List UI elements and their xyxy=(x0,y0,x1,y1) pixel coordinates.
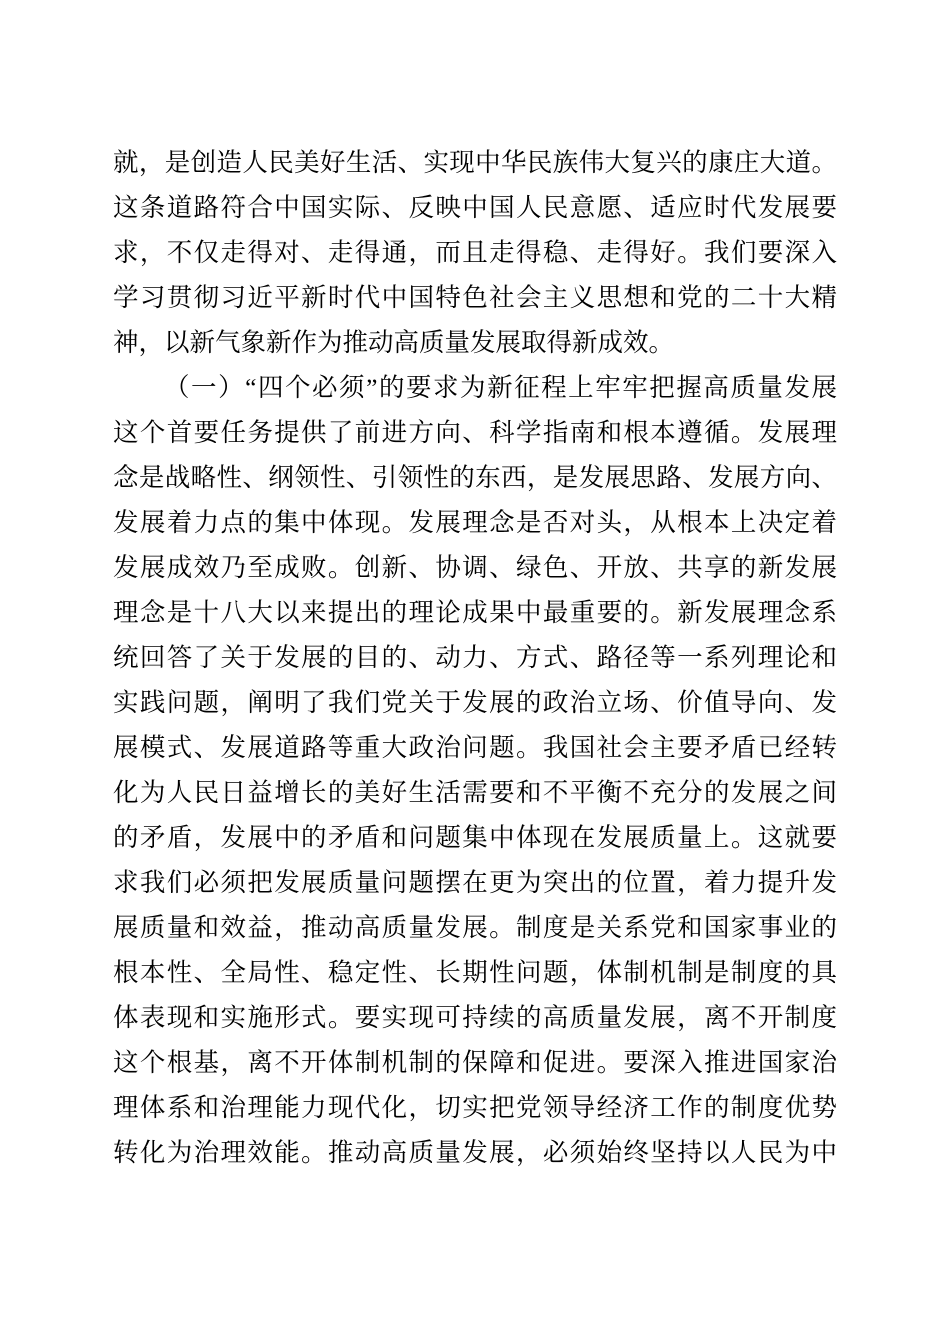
paragraph-section-one-four-musts: （一）“四个必须”的要求为新征程上牢牢把握高质量发展这个首要任务提供了前进方向、… xyxy=(113,365,837,1175)
text-line: 展质量和效益，推动高质量发展。制度是关系党和国家事业的 xyxy=(113,905,837,950)
text-line: 学习贯彻习近平新时代中国特色社会主义思想和党的二十大精 xyxy=(113,275,837,320)
text-line: 体表现和实施形式。要实现可持续的高质量发展，离不开制度 xyxy=(113,995,837,1040)
text-line: 化为人民日益增长的美好生活需要和不平衡不充分的发展之间 xyxy=(113,770,837,815)
text-line: 理念是十八大以来提出的理论成果中最重要的。新发展理念系 xyxy=(113,590,837,635)
text-line: 这个根基，离不开体制机制的保障和促进。要深入推进国家治 xyxy=(113,1040,837,1085)
text-line: （一）“四个必须”的要求为新征程上牢牢把握高质量发展 xyxy=(113,365,837,410)
text-line: 这个首要任务提供了前进方向、科学指南和根本遵循。发展理 xyxy=(113,410,837,455)
text-line: 展模式、发展道路等重大政治问题。我国社会主要矛盾已经转 xyxy=(113,725,837,770)
text-line: 转化为治理效能。推动高质量发展，必须始终坚持以人民为中 xyxy=(113,1130,837,1175)
text-line: 发展着力点的集中体现。发展理念是否对头，从根本上决定着 xyxy=(113,500,837,545)
text-line: 理体系和治理能力现代化，切实把党领导经济工作的制度优势 xyxy=(113,1085,837,1130)
paragraph-road-continuation: 就，是创造人民美好生活、实现中华民族伟大复兴的康庄大道。这条道路符合中国实际、反… xyxy=(113,140,837,365)
text-line: 的矛盾，发展中的矛盾和问题集中体现在发展质量上。这就要 xyxy=(113,815,837,860)
text-line: 根本性、全局性、稳定性、长期性问题，体制机制是制度的具 xyxy=(113,950,837,995)
text-line: 神，以新气象新作为推动高质量发展取得新成效。 xyxy=(113,320,837,365)
document-page: 就，是创造人民美好生活、实现中华民族伟大复兴的康庄大道。这条道路符合中国实际、反… xyxy=(0,0,950,1344)
text-line: 实践问题，阐明了我们党关于发展的政治立场、价值导向、发 xyxy=(113,680,837,725)
text-line: 统回答了关于发展的目的、动力、方式、路径等一系列理论和 xyxy=(113,635,837,680)
text-line: 这条道路符合中国实际、反映中国人民意愿、适应时代发展要 xyxy=(113,185,837,230)
text-line: 发展成效乃至成败。创新、协调、绿色、开放、共享的新发展 xyxy=(113,545,837,590)
text-line: 求我们必须把发展质量问题摆在更为突出的位置，着力提升发 xyxy=(113,860,837,905)
document-body: 就，是创造人民美好生活、实现中华民族伟大复兴的康庄大道。这条道路符合中国实际、反… xyxy=(113,140,837,1175)
text-line: 求，不仅走得对、走得通，而且走得稳、走得好。我们要深入 xyxy=(113,230,837,275)
text-line: 就，是创造人民美好生活、实现中华民族伟大复兴的康庄大道。 xyxy=(113,140,837,185)
text-line: 念是战略性、纲领性、引领性的东西，是发展思路、发展方向、 xyxy=(113,455,837,500)
